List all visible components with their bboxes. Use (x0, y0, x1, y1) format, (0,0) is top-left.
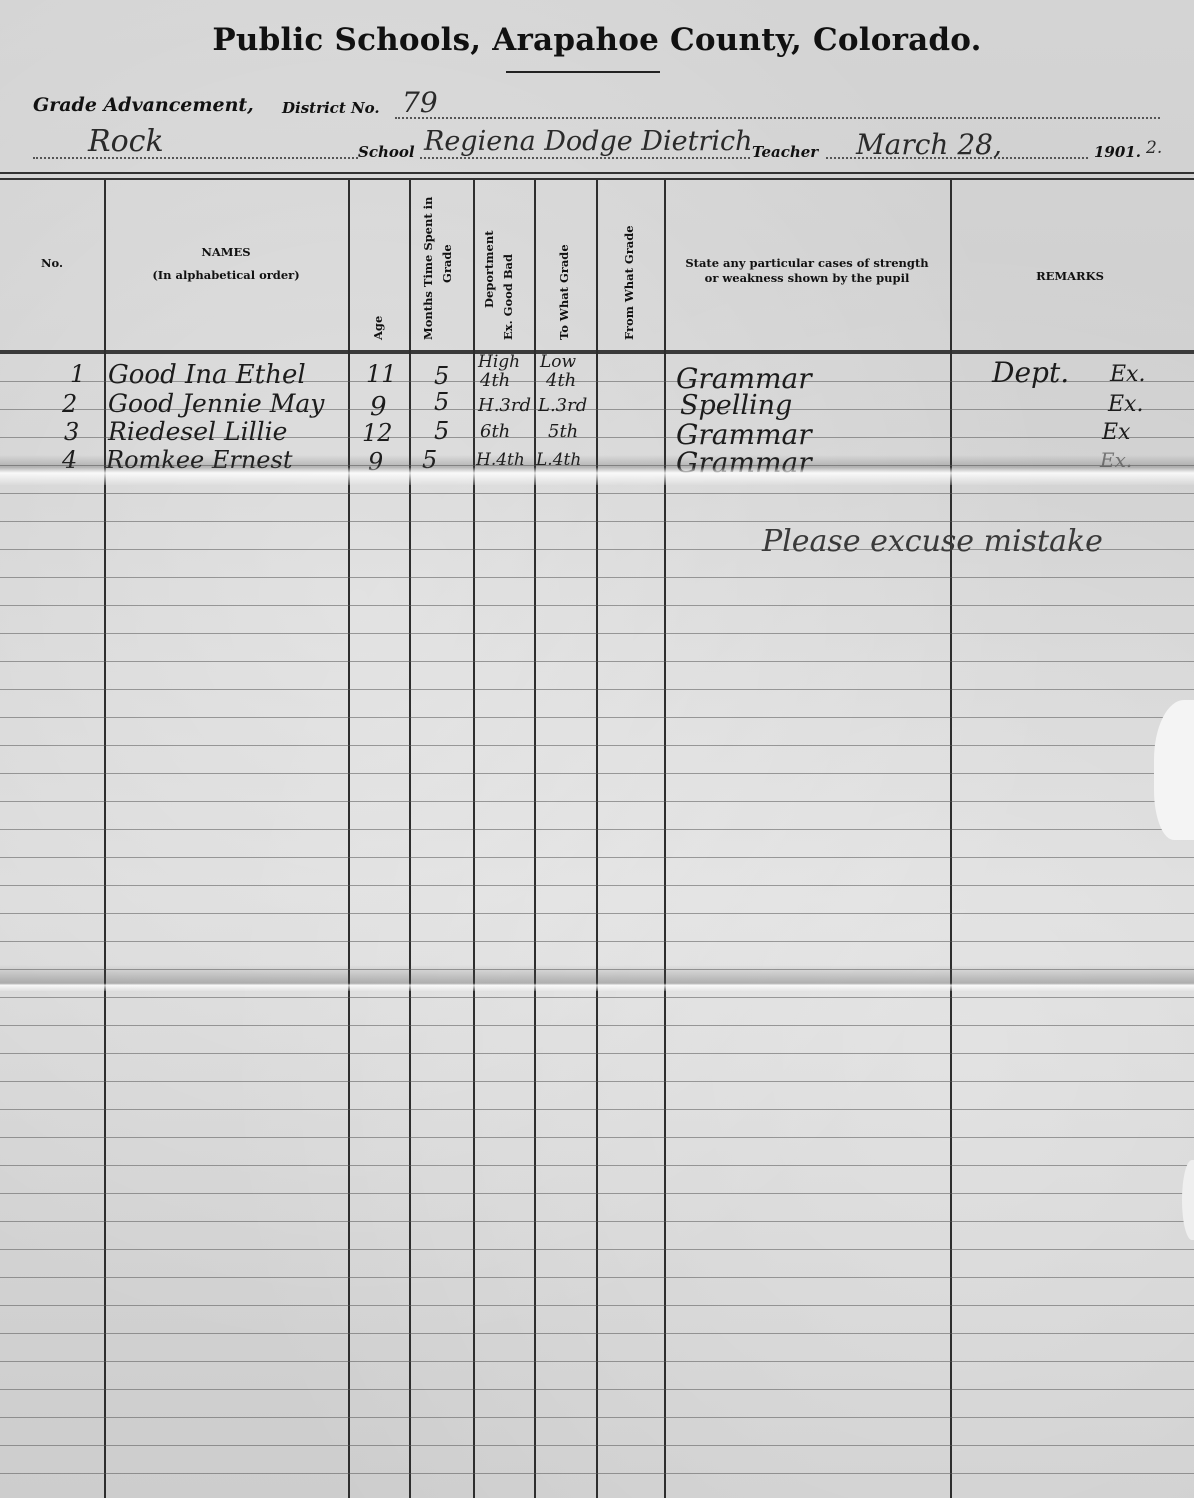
column-divider-months (409, 180, 411, 1498)
row-deportment[interactable]: H.3rd (478, 395, 531, 416)
header-double-rule (0, 172, 1194, 180)
to-grade-low-annotation: Low (540, 352, 576, 372)
row-remarks[interactable]: Ex (1102, 420, 1130, 445)
row-no: 2 (62, 390, 77, 418)
school-label: School (358, 143, 415, 161)
row-to-grade[interactable]: 5th (548, 421, 578, 442)
header-names-subtitle: (In alphabetical order) (104, 268, 348, 283)
row-name[interactable]: Good Ina Ethel (108, 360, 306, 390)
row-months[interactable]: 5 (434, 388, 449, 416)
column-divider-remarks (950, 180, 952, 1498)
paper-fold-crease (0, 455, 1194, 485)
date-value[interactable]: March 28, (856, 128, 1002, 161)
row-deportment[interactable]: 4th (480, 370, 510, 391)
district-label: District No. (282, 99, 380, 117)
header-to-grade: To What Grade (557, 244, 571, 340)
header-from-grade: From What Grade (622, 225, 636, 340)
location-value[interactable]: Rock (88, 124, 164, 159)
year-handwritten[interactable]: 2. (1146, 138, 1162, 158)
column-divider-names (104, 180, 106, 1498)
row-age[interactable]: 11 (366, 360, 397, 388)
row-no: 1 (70, 360, 85, 388)
footnote-handwritten: Please excuse mistake (762, 524, 1103, 559)
header-strength-line2: or weakness shown by the pupil (664, 271, 950, 286)
row-deportment[interactable]: 6th (480, 421, 510, 442)
district-value[interactable]: 79 (402, 86, 438, 119)
row-strength[interactable]: Spelling (680, 390, 792, 421)
form-name: Grade Advancement, (33, 94, 254, 116)
row-remarks[interactable]: Ex. (1110, 362, 1145, 387)
location-dotted-line (33, 157, 358, 159)
year-label: 1901. (1094, 143, 1141, 161)
paper-fold-crease (0, 965, 1194, 991)
column-divider-deportment (473, 180, 475, 1498)
row-to-grade[interactable]: L.3rd (538, 395, 587, 416)
row-name[interactable]: Riedesel Lillie (108, 417, 287, 446)
header-remarks: REMARKS (1020, 269, 1120, 284)
title-underline (506, 71, 660, 73)
teacher-label: Teacher (752, 143, 818, 161)
column-divider-age (348, 180, 350, 1498)
school-dotted-line (420, 157, 750, 159)
header-names-title: NAMES (104, 245, 348, 260)
deportment-high-annotation: High (478, 352, 520, 372)
header-months-line2: Grade (440, 244, 454, 283)
row-months[interactable]: 5 (434, 362, 449, 390)
header-strength-line1: State any particular cases of strength (664, 256, 950, 271)
row-to-grade[interactable]: 4th (546, 370, 576, 391)
column-divider-to-grade (534, 180, 536, 1498)
row-no: 3 (64, 418, 79, 446)
torn-edge (1154, 700, 1194, 840)
row-age[interactable]: 12 (362, 419, 393, 447)
row-age[interactable]: 9 (370, 392, 387, 422)
row-months[interactable]: 5 (434, 417, 449, 445)
school-value[interactable]: Regiena Dodge Dietrich (424, 126, 752, 157)
header-age: Age (371, 316, 385, 340)
row-name[interactable]: Good Jennie May (108, 389, 324, 418)
column-divider-strength (664, 180, 666, 1498)
row-remarks-prefix[interactable]: Dept. (992, 356, 1069, 389)
page-title: Public Schools, Arapahoe County, Colorad… (0, 22, 1194, 58)
header-no: No. (0, 256, 104, 271)
header-deportment: Deportment (482, 230, 496, 308)
column-divider-from-grade (596, 180, 598, 1498)
district-dotted-line (395, 117, 1160, 119)
row-remarks[interactable]: Ex. (1108, 392, 1143, 417)
header-months-line1: Months Time Spent in (421, 197, 435, 340)
header-deportment-ratings: Ex. Good Bad (501, 254, 515, 340)
